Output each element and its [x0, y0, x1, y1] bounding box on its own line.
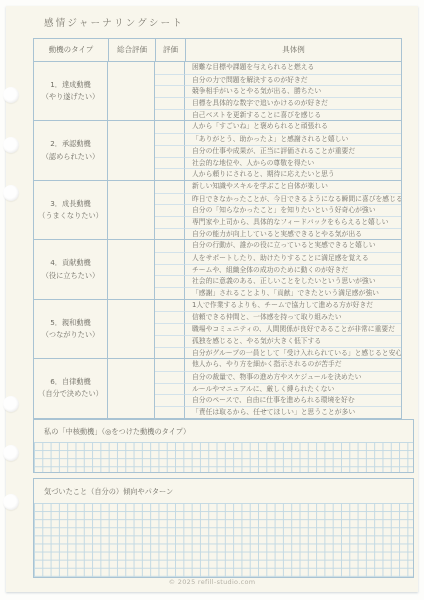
example-text: 自分のペースで、自由に仕事を進められる環境を好む [185, 394, 401, 406]
example-text: 昨日できなかったことが、今日できるようになる瞬間に喜びを感じる [185, 193, 401, 205]
example-text: 新しい知識やスキルを学ぶこと自体が楽しい [185, 181, 401, 193]
motivation-type-cell: 3．成長動機（うまくなりたい） [34, 181, 108, 239]
motivation-section: 1．達成動機（やり遂げたい）困難な目標や課題を与えられると燃える自分の力で問題を… [34, 62, 401, 121]
rating-cell [155, 168, 185, 180]
binder-hole [3, 87, 19, 103]
rating-cell [155, 371, 185, 383]
motivation-type-cell: 2．承認動機（認められたい） [34, 121, 108, 179]
example-text: 職場やコミュニティの、人間関係が良好であることが非常に重要だ [185, 323, 401, 335]
rating-cell [155, 97, 185, 109]
core-motivation-label: 私の「中核動機」（◎をつけた動機のタイプ） [34, 420, 413, 442]
example-text: 社会的に意義のある、正しいことをしたいという思いが強い [185, 275, 401, 287]
example-text: 自分の力で問題を解決するのが好きだ [185, 74, 401, 86]
rating-cell [155, 383, 185, 395]
rating-cell [155, 394, 185, 406]
example-text: 人から「すごいね」と褒められると頑張れる [185, 121, 401, 133]
rating-cell [155, 311, 185, 323]
overall-rating-cell [108, 181, 155, 239]
example-text: 自分の仕事や成果が、正当に評価されることが重要だ [185, 145, 401, 157]
example-text: 自分の能力が向上していると実感できるとやる気が出る [185, 228, 401, 240]
rating-cell [155, 406, 185, 418]
motivation-type-name: 2．承認動機 [50, 138, 91, 150]
motivation-type-subtitle: （認められたい） [42, 151, 100, 163]
header-examples: 具体例 [185, 39, 401, 61]
page-title: 感情ジャーナリングシート [44, 15, 184, 29]
header-motivation-type: 動機のタイプ [34, 39, 108, 61]
noticed-patterns-grid-area [34, 503, 413, 577]
motivation-type-cell: 1．達成動機（やり遂げたい） [34, 62, 108, 120]
example-text: 自分の「知らなかったこと」を知りたいという好奇心が強い [185, 204, 401, 216]
overall-rating-cell [108, 121, 155, 179]
motivation-type-subtitle: （つながりたい） [42, 329, 100, 341]
motivation-type-cell: 6．自律動機（自分で決めたい） [34, 359, 108, 417]
example-text: 人から頼りにされると、期待に応えたいと思う [185, 168, 401, 180]
overall-rating-cell [108, 359, 155, 417]
core-motivation-grid-area [34, 442, 413, 472]
example-text: 「感謝」されることより、「貢献」できたという満足感が強い [185, 287, 401, 299]
rating-cell [155, 133, 185, 145]
example-text: 競争相手がいるとやる気が出る、勝ちたい [185, 85, 401, 97]
motivation-type-name: 6．自律動機 [50, 376, 91, 388]
example-text: 自分がグループの一員として「受け入れられている」と感じると安心する [185, 347, 401, 359]
overall-rating-cell [108, 62, 155, 120]
motivation-type-cell: 4．貢献動機（役に立ちたい） [34, 240, 108, 298]
example-text: 専門家や上司から、具体的なフィードバックをもらえると嬉しい [185, 216, 401, 228]
rating-cell [155, 347, 185, 359]
binder-hole [3, 445, 19, 461]
example-text: チームや、組織全体の成功のために動くのが好きだ [185, 264, 401, 276]
table-header-row: 動機のタイプ 総合評価 評価 具体例 [34, 39, 401, 62]
motivation-section: 3．成長動機（うまくなりたい）新しい知識やスキルを学ぶこと自体が楽しい昨日できな… [34, 181, 401, 240]
motivation-section: 2．承認動機（認められたい）人から「すごいね」と褒められると頑張れる「ありがとう… [34, 121, 401, 180]
core-motivation-box: 私の「中核動機」（◎をつけた動機のタイプ） [33, 419, 414, 473]
rating-cell [155, 157, 185, 169]
example-text: 「ありがとう、助かったよ」と感謝されると嬉しい [185, 133, 401, 145]
rating-cell [155, 74, 185, 86]
example-text: 「責任は取るから、任せてほしい」と思うことが多い [185, 406, 401, 418]
motivation-type-subtitle: （自分で決めたい） [38, 388, 103, 400]
rating-cell [155, 275, 185, 287]
rating-cell [155, 193, 185, 205]
example-text: 自分の裁量で、物事の進め方やスケジュールを決めたい [185, 371, 401, 383]
noticed-patterns-box: 気づいたこと（自分の）傾向やパターン [33, 478, 414, 578]
example-text: 困難な目標や課題を与えられると燃える [185, 62, 401, 74]
motivation-type-subtitle: （役に立ちたい） [42, 270, 100, 282]
rating-cell [155, 300, 185, 312]
motivation-section: 6．自律動機（自分で決めたい）他人から、やり方を細かく指示されるのが苦手だ自分の… [34, 359, 401, 417]
rating-cell [155, 359, 185, 371]
motivation-section: 4．貢献動機（役に立ちたい）自分の行動が、誰かの役に立っていると実感できると嬉し… [34, 240, 401, 299]
journal-sheet-page: 感情ジャーナリングシート 動機のタイプ 総合評価 評価 具体例 1．達成動機（や… [6, 6, 418, 592]
motivation-type-name: 3．成長動機 [50, 198, 91, 210]
rating-cell [155, 216, 185, 228]
binder-hole [3, 494, 19, 510]
example-text: 孤独を感じると、やる気が大きく低下する [185, 335, 401, 347]
rating-cell [155, 240, 185, 252]
rating-cell [155, 181, 185, 193]
motivation-type-name: 1．達成動機 [50, 79, 91, 91]
rating-cell [155, 121, 185, 133]
example-text: 自己ベストを更新することに喜びを感じる [185, 109, 401, 121]
rating-cell [155, 264, 185, 276]
motivation-type-subtitle: （うまくなりたい） [38, 210, 103, 222]
rating-cell [155, 85, 185, 97]
motivation-type-name: 4．貢献動機 [50, 257, 91, 269]
example-text: ルールやマニュアルに、厳しく縛られたくない [185, 383, 401, 395]
example-text: 社会的な地位や、人からの尊敬を得たい [185, 157, 401, 169]
rating-cell [155, 287, 185, 299]
rating-cell [155, 204, 185, 216]
motivation-type-name: 5．親和動機 [50, 317, 91, 329]
overall-rating-cell [108, 240, 155, 298]
rating-cell [155, 109, 185, 121]
example-text: 信頼できる仲間と、一体感を持って取り組みたい [185, 311, 401, 323]
header-rating: 評価 [155, 39, 185, 61]
example-text: 目標を具体的な数字で追いかけるのが好きだ [185, 97, 401, 109]
rating-cell [155, 323, 185, 335]
example-text: 人をサポートしたり、助けたりすることに満足感を覚える [185, 252, 401, 264]
motivation-type-subtitle: （やり遂げたい） [42, 91, 100, 103]
header-overall-rating: 総合評価 [108, 39, 155, 61]
rating-cell [155, 252, 185, 264]
overall-rating-cell [108, 300, 155, 358]
example-text: 1人で作業するよりも、チームで協力して進める方が好きだ [185, 300, 401, 312]
rating-cell [155, 145, 185, 157]
rating-cell [155, 228, 185, 240]
rating-cell [155, 335, 185, 347]
copyright-text: © 2025 refill-studio.com [6, 578, 418, 586]
binder-hole [3, 185, 19, 201]
motivation-table: 動機のタイプ 総合評価 評価 具体例 1．達成動機（やり遂げたい）困難な目標や課… [33, 38, 402, 419]
rating-cell [155, 62, 185, 74]
motivation-section: 5．親和動機（つながりたい）1人で作業するよりも、チームで協力して進める方が好き… [34, 300, 401, 359]
binder-hole [3, 396, 19, 412]
noticed-patterns-label: 気づいたこと（自分の）傾向やパターン [34, 479, 413, 503]
binder-hole [3, 137, 19, 153]
example-text: 他人から、やり方を細かく指示されるのが苦手だ [185, 359, 401, 371]
example-text: 自分の行動が、誰かの役に立っていると実感できると嬉しい [185, 240, 401, 252]
motivation-type-cell: 5．親和動機（つながりたい） [34, 300, 108, 358]
